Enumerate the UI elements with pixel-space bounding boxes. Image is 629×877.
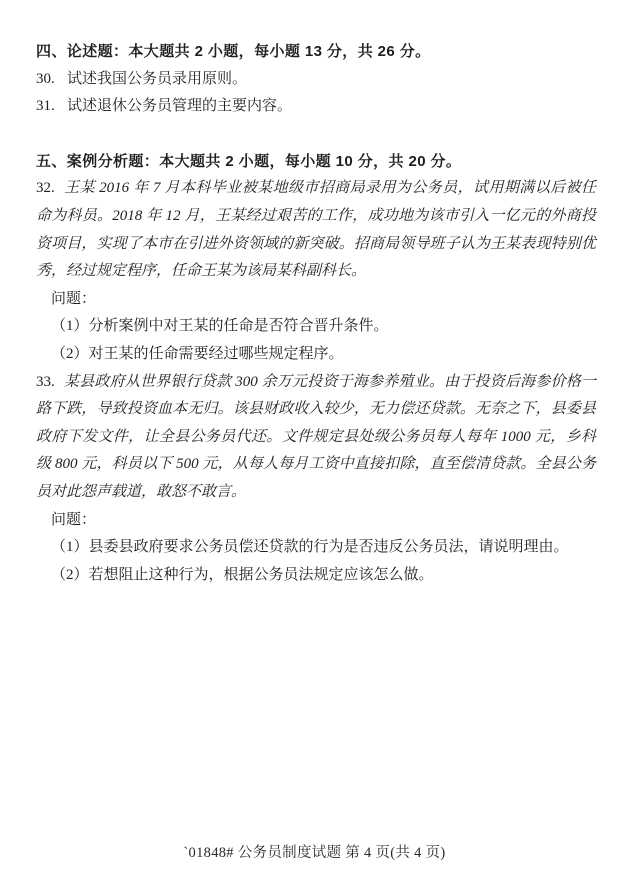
essay-section-heading: 四、论述题：本大题共 2 小题，每小题 13 分，共 26 分。 (36, 38, 596, 66)
essay-item-30: 30.试述我国公务员录用原则。 (36, 66, 596, 94)
question-text: 试述我国公务员录用原则。 (67, 71, 247, 87)
question-number: 33. (36, 374, 55, 390)
essay-item-31: 31.试述退休公务员管理的主要内容。 (36, 93, 596, 121)
case-section-heading: 五、案例分析题：本大题共 2 小题，每小题 10 分，共 20 分。 (36, 148, 596, 176)
case-text: 某县政府从世界银行贷款 300 余万元投资于海参养殖业。由于投资后海参价格一路下… (36, 374, 596, 500)
case-33-questions-label: 问题： (36, 507, 596, 535)
page-footer: `01848# 公务员制度试题 第 4 页(共 4 页) (0, 841, 629, 862)
page-content: 四、论述题：本大题共 2 小题，每小题 13 分，共 26 分。 30.试述我国… (36, 38, 596, 589)
section-case-analysis: 五、案例分析题：本大题共 2 小题，每小题 10 分，共 20 分。 32.王某… (36, 148, 596, 590)
exam-paper-page: 四、论述题：本大题共 2 小题，每小题 13 分，共 26 分。 30.试述我国… (0, 0, 629, 877)
case-32-question-2: （2）对王某的任命需要经过哪些规定程序。 (36, 341, 596, 369)
case-33-question-2: （2）若想阻止这种行为，根据公务员法规定应该怎么做。 (36, 562, 596, 590)
case-33-question-1: （1）县委县政府要求公务员偿还贷款的行为是否违反公务员法，请说明理由。 (36, 534, 596, 562)
question-number: 31. (36, 93, 67, 121)
question-text: 试述退休公务员管理的主要内容。 (67, 98, 292, 114)
case-32-questions-label: 问题： (36, 286, 596, 314)
case-32-body: 32.王某 2016 年 7 月本科毕业被某地级市招商局录用为公务员，试用期满以… (36, 175, 596, 285)
case-text: 王某 2016 年 7 月本科毕业被某地级市招商局录用为公务员，试用期满以后被任… (36, 180, 596, 279)
case-32-question-1: （1）分析案例中对王某的任命是否符合晋升条件。 (36, 313, 596, 341)
case-33-body: 33.某县政府从世界银行贷款 300 余万元投资于海参养殖业。由于投资后海参价格… (36, 369, 596, 507)
section-essay-questions: 四、论述题：本大题共 2 小题，每小题 13 分，共 26 分。 30.试述我国… (36, 38, 596, 121)
question-number: 30. (36, 66, 67, 94)
question-number: 32. (36, 180, 55, 196)
